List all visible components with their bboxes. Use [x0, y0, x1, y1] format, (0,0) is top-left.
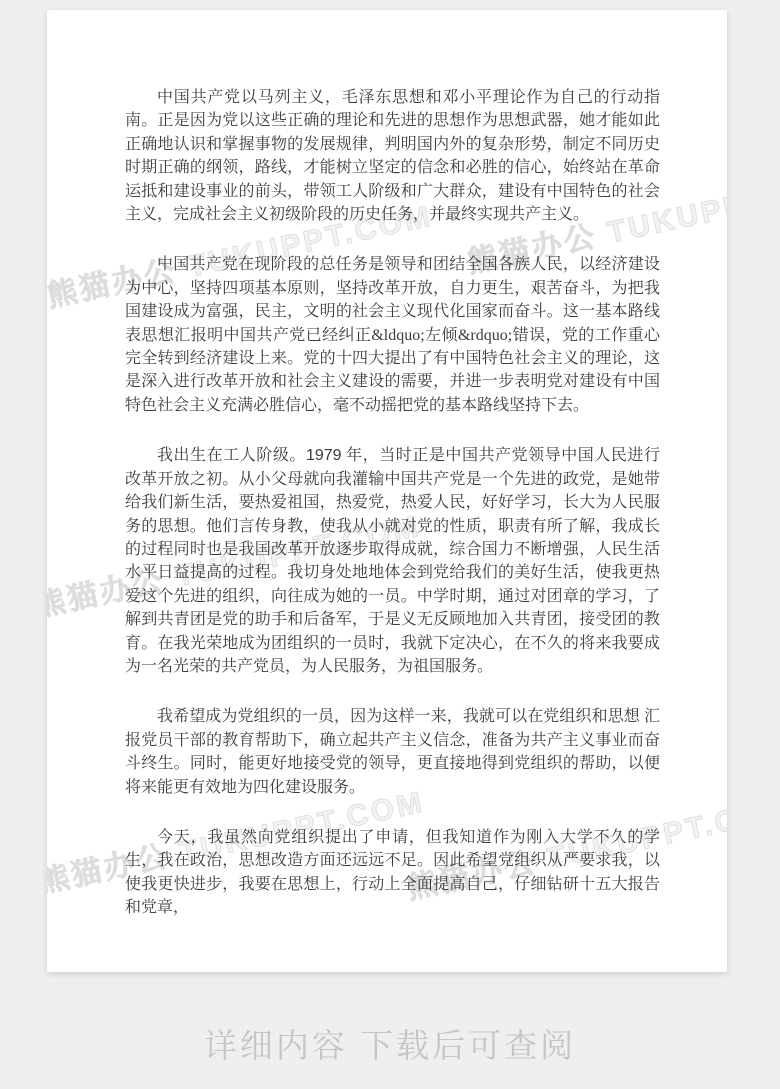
year-1979: 1979: [306, 447, 342, 464]
download-hint-text: 详细内容 下载后可查阅: [0, 1020, 780, 1067]
paragraph-personal-history-pre: 我出生在工人阶级。: [157, 447, 306, 464]
paragraph-personal-history: 我出生在工人阶级。1979 年，当时正是中国共产党领导中国人民进行改革开放之初。…: [125, 444, 660, 678]
paragraph-party-task: 中国共产党在现阶段的总任务是领导和团结全国各族人民，以经济建设为中心，坚持四项基…: [125, 253, 660, 417]
paragraph-party-guide: 中国共产党以马列主义，毛泽东思想和邓小平理论作为自己的行动指南。正是因为党以这些…: [125, 86, 660, 226]
paragraph-personal-history-post: 年，当时正是中国共产党领导中国人民进行改革开放之初。从小父母就向我灌输中国共产党…: [125, 447, 660, 675]
paragraph-application: 今天，我虽然向党组织提出了申请，但我知道作为刚入大学不久的学生，我在政治，思想改…: [125, 826, 660, 920]
document-content: 中国共产党以马列主义，毛泽东思想和邓小平理论作为自己的行动指南。正是因为党以这些…: [47, 10, 727, 920]
paragraph-wish-join: 我希望成为党组织的一员，因为这样一来，我就可以在党组织和思想 汇报党员干部的教育…: [125, 705, 660, 799]
document-page: 熊猫办公 TUKUPPT.COM 熊猫办公 TUKUPPT.COM 熊猫办公 T…: [47, 10, 727, 972]
preview-background: 熊猫办公 TUKUPPT.COM 熊猫办公 TUKUPPT.COM 熊猫办公 T…: [0, 0, 780, 1089]
